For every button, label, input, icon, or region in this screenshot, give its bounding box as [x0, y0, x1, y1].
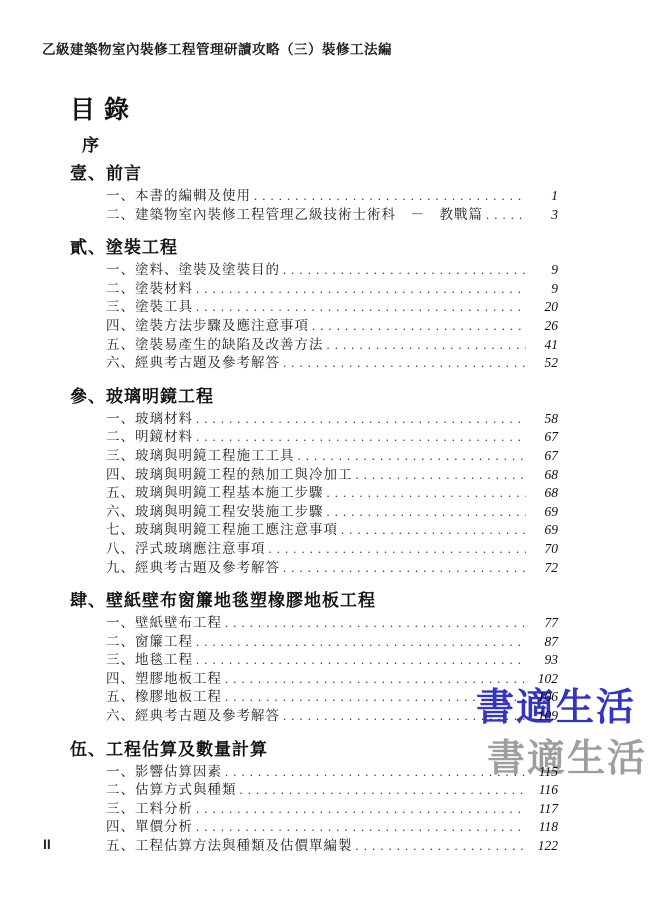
toc-entry-page: 67	[530, 428, 558, 446]
toc-entry-page: 26	[530, 317, 558, 335]
section-heading: 壹、前言	[70, 164, 558, 184]
toc-section: 肆、壁紙壁布窗簾地毯塑橡膠地板工程 一、壁紙壁布工程 77 二、窗簾工程 87 …	[70, 591, 558, 726]
toc-entry-page: 106	[530, 688, 558, 706]
toc-section: 貳、塗裝工程 一、塗料、塗裝及塗裝目的 9 二、塗裝材料 9 三、塗裝工具 20…	[70, 238, 558, 373]
toc-entry-label: 四、玻璃與明鏡工程的熱加工與冷加工	[106, 466, 353, 484]
toc-entry-label: 三、地毯工程	[106, 651, 193, 669]
toc-entry: 四、玻璃與明鏡工程的熱加工與冷加工 68	[106, 466, 558, 485]
dot-leader	[269, 540, 527, 559]
section-items: 一、玻璃材料 58 二、明鏡材料 67 三、玻璃與明鏡工程施工工具 67 四、玻…	[106, 410, 558, 577]
toc-entry-label: 一、影響估算因素	[106, 763, 222, 781]
toc-section: 壹、前言 一、本書的編輯及使用 1 二、建築物室內裝修工程管理乙級技術士術科 －…	[70, 164, 558, 224]
toc-entry-page: 102	[530, 670, 558, 688]
toc-entry: 一、塗料、塗裝及塗裝目的 9	[106, 261, 558, 280]
section-items: 一、塗料、塗裝及塗裝目的 9 二、塗裝材料 9 三、塗裝工具 20 四、塗裝方法…	[106, 261, 558, 373]
toc-entry-page: 118	[530, 818, 558, 836]
toc-section: 伍、工程估算及數量計算 一、影響估算因素 115 二、估算方式與種類 116 三…	[70, 740, 558, 856]
dot-leader	[196, 298, 526, 317]
dot-leader	[341, 521, 526, 540]
dot-leader	[225, 763, 526, 782]
toc-entry: 九、經典考古題及參考解答 72	[106, 559, 558, 578]
toc-entry-page: 72	[530, 559, 558, 577]
dot-leader	[225, 670, 526, 689]
toc-entry-label: 三、塗裝工具	[106, 298, 193, 316]
toc-entry-page: 68	[530, 466, 558, 484]
toc-entry: 三、工料分析 117	[106, 800, 558, 819]
toc-entry-label: 五、工程估算方法與種類及估價單編製	[106, 837, 353, 855]
dot-leader	[312, 317, 526, 336]
toc-entry-label: 四、塑膠地板工程	[106, 670, 222, 688]
toc-entry-label: 三、工料分析	[106, 800, 193, 818]
toc-entry-page: 109	[530, 707, 558, 725]
dot-leader	[283, 261, 526, 280]
toc-entry-page: 52	[530, 354, 558, 372]
toc-entry-page: 122	[530, 837, 558, 855]
toc-entry-label: 二、明鏡材料	[106, 428, 193, 446]
toc-entry: 五、橡膠地板工程 106	[106, 688, 558, 707]
toc-entry: 三、塗裝工具 20	[106, 298, 558, 317]
dot-leader	[196, 280, 526, 299]
toc-entry: 八、浮式玻璃應注意事項 70	[106, 540, 558, 559]
toc-entry-page: 87	[530, 633, 558, 651]
toc-entry-page: 93	[530, 651, 558, 669]
toc-entry: 四、塗裝方法步驟及應注意事項 26	[106, 317, 558, 336]
toc-entry-label: 二、估算方式與種類	[106, 781, 237, 799]
dot-leader	[356, 466, 527, 485]
toc-entry-page: 77	[530, 614, 558, 632]
toc-entry-label: 六、經典考古題及參考解答	[106, 354, 280, 372]
toc-entry-label: 六、經典考古題及參考解答	[106, 707, 280, 725]
toc-entry-label: 四、單價分析	[106, 818, 193, 836]
dot-leader	[298, 447, 527, 466]
toc-entry-label: 二、塗裝材料	[106, 280, 193, 298]
toc-entry-page: 70	[530, 540, 558, 558]
toc-entry-label: 三、玻璃與明鏡工程施工工具	[106, 447, 295, 465]
toc-entry-label: 二、窗簾工程	[106, 633, 193, 651]
page-title: 目錄	[70, 90, 138, 126]
toc-entry-page: 41	[530, 336, 558, 354]
dot-leader	[356, 837, 527, 856]
dot-leader	[225, 688, 526, 707]
toc-entry: 七、玻璃與明鏡工程施工應注意事項 69	[106, 521, 558, 540]
dot-leader	[196, 410, 526, 429]
toc-entry: 二、建築物室內裝修工程管理乙級技術士術科 － 教戰篇 3	[106, 206, 558, 225]
section-items: 一、壁紙壁布工程 77 二、窗簾工程 87 三、地毯工程 93 四、塑膠地板工程…	[106, 614, 558, 726]
toc-entry-label: 一、壁紙壁布工程	[106, 614, 222, 632]
toc-entry-label: 五、橡膠地板工程	[106, 688, 222, 706]
dot-leader	[225, 614, 526, 633]
toc-entry: 一、玻璃材料 58	[106, 410, 558, 429]
toc-entry-page: 69	[530, 521, 558, 539]
toc-entry: 五、塗裝易產生的缺陷及改善方法 41	[106, 336, 558, 355]
toc-entry: 一、壁紙壁布工程 77	[106, 614, 558, 633]
toc-entry-page: 9	[530, 280, 558, 298]
toc-entry-label: 四、塗裝方法步驟及應注意事項	[106, 317, 309, 335]
toc-entry: 二、塗裝材料 9	[106, 280, 558, 299]
dot-leader	[327, 503, 527, 522]
toc-entry-label: 一、玻璃材料	[106, 410, 193, 428]
dot-leader	[486, 206, 526, 225]
toc-entry: 一、本書的編輯及使用 1	[106, 187, 558, 206]
toc-entry-page: 117	[530, 800, 558, 818]
toc-entry-page: 3	[530, 206, 558, 224]
section-heading: 肆、壁紙壁布窗簾地毯塑橡膠地板工程	[70, 591, 558, 611]
dot-leader	[196, 800, 526, 819]
toc-entry: 五、工程估算方法與種類及估價單編製 122	[106, 837, 558, 856]
toc-entry-label: 五、玻璃與明鏡工程基本施工步驟	[106, 484, 324, 502]
toc-entry-page: 69	[530, 503, 558, 521]
dot-leader	[283, 559, 526, 578]
toc-entry-page: 116	[530, 781, 558, 799]
toc-entry-page: 20	[530, 298, 558, 316]
toc-entry: 三、玻璃與明鏡工程施工工具 67	[106, 447, 558, 466]
toc-entry-label: 一、本書的編輯及使用	[106, 187, 251, 205]
toc-entry-page: 58	[530, 410, 558, 428]
toc-entry: 六、玻璃與明鏡工程安裝施工步驟 69	[106, 503, 558, 522]
toc-entry: 五、玻璃與明鏡工程基本施工步驟 68	[106, 484, 558, 503]
toc-entry-page: 9	[530, 261, 558, 279]
folio-page-number: II	[43, 836, 51, 852]
toc-entry: 四、塑膠地板工程 102	[106, 670, 558, 689]
toc-entry: 一、影響估算因素 115	[106, 763, 558, 782]
section-heading: 貳、塗裝工程	[70, 238, 558, 258]
toc-entry-page: 1	[530, 187, 558, 205]
toc-entry: 六、經典考古題及參考解答 109	[106, 707, 558, 726]
section-items: 一、影響估算因素 115 二、估算方式與種類 116 三、工料分析 117 四、…	[106, 763, 558, 856]
toc-entry-label: 二、建築物室內裝修工程管理乙級技術士術科 － 教戰篇	[106, 206, 483, 224]
toc-entry-page: 68	[530, 484, 558, 502]
toc-entry-label: 一、塗料、塗裝及塗裝目的	[106, 261, 280, 279]
dot-leader	[196, 818, 526, 837]
toc-entry: 六、經典考古題及參考解答 52	[106, 354, 558, 373]
section-heading: 參、玻璃明鏡工程	[70, 387, 558, 407]
toc-entry-label: 五、塗裝易產生的缺陷及改善方法	[106, 336, 324, 354]
dot-leader	[327, 336, 527, 355]
section-heading: 伍、工程估算及數量計算	[70, 740, 558, 760]
dot-leader	[196, 651, 526, 670]
toc-entry: 四、單價分析 118	[106, 818, 558, 837]
book-title-header: 乙級建築物室內裝修工程管理研讀攻略（三）裝修工法編	[42, 38, 392, 58]
dot-leader	[327, 484, 527, 503]
preface-heading: 序	[82, 131, 99, 156]
toc-entry: 二、估算方式與種類 116	[106, 781, 558, 800]
dot-leader	[240, 781, 527, 800]
toc-sections: 壹、前言 一、本書的編輯及使用 1 二、建築物室內裝修工程管理乙級技術士術科 －…	[70, 164, 558, 856]
toc-section: 參、玻璃明鏡工程 一、玻璃材料 58 二、明鏡材料 67 三、玻璃與明鏡工程施工…	[70, 387, 558, 577]
dot-leader	[196, 428, 526, 447]
toc-entry-page: 115	[530, 763, 558, 781]
toc-entry-label: 八、浮式玻璃應注意事項	[106, 540, 266, 558]
toc-entry-page: 67	[530, 447, 558, 465]
toc-entry: 二、窗簾工程 87	[106, 633, 558, 652]
dot-leader	[196, 633, 526, 652]
toc-entry-label: 七、玻璃與明鏡工程施工應注意事項	[106, 521, 338, 539]
scanned-toc-page: 乙級建築物室內裝修工程管理研讀攻略（三）裝修工法編 目錄 序 壹、前言 一、本書…	[0, 0, 664, 909]
section-items: 一、本書的編輯及使用 1 二、建築物室內裝修工程管理乙級技術士術科 － 教戰篇 …	[106, 187, 558, 224]
toc-entry: 二、明鏡材料 67	[106, 428, 558, 447]
toc-entry: 三、地毯工程 93	[106, 651, 558, 670]
dot-leader	[283, 354, 526, 373]
dot-leader	[283, 707, 526, 726]
toc-entry-label: 九、經典考古題及參考解答	[106, 559, 280, 577]
dot-leader	[254, 187, 526, 206]
toc-entry-label: 六、玻璃與明鏡工程安裝施工步驟	[106, 503, 324, 521]
